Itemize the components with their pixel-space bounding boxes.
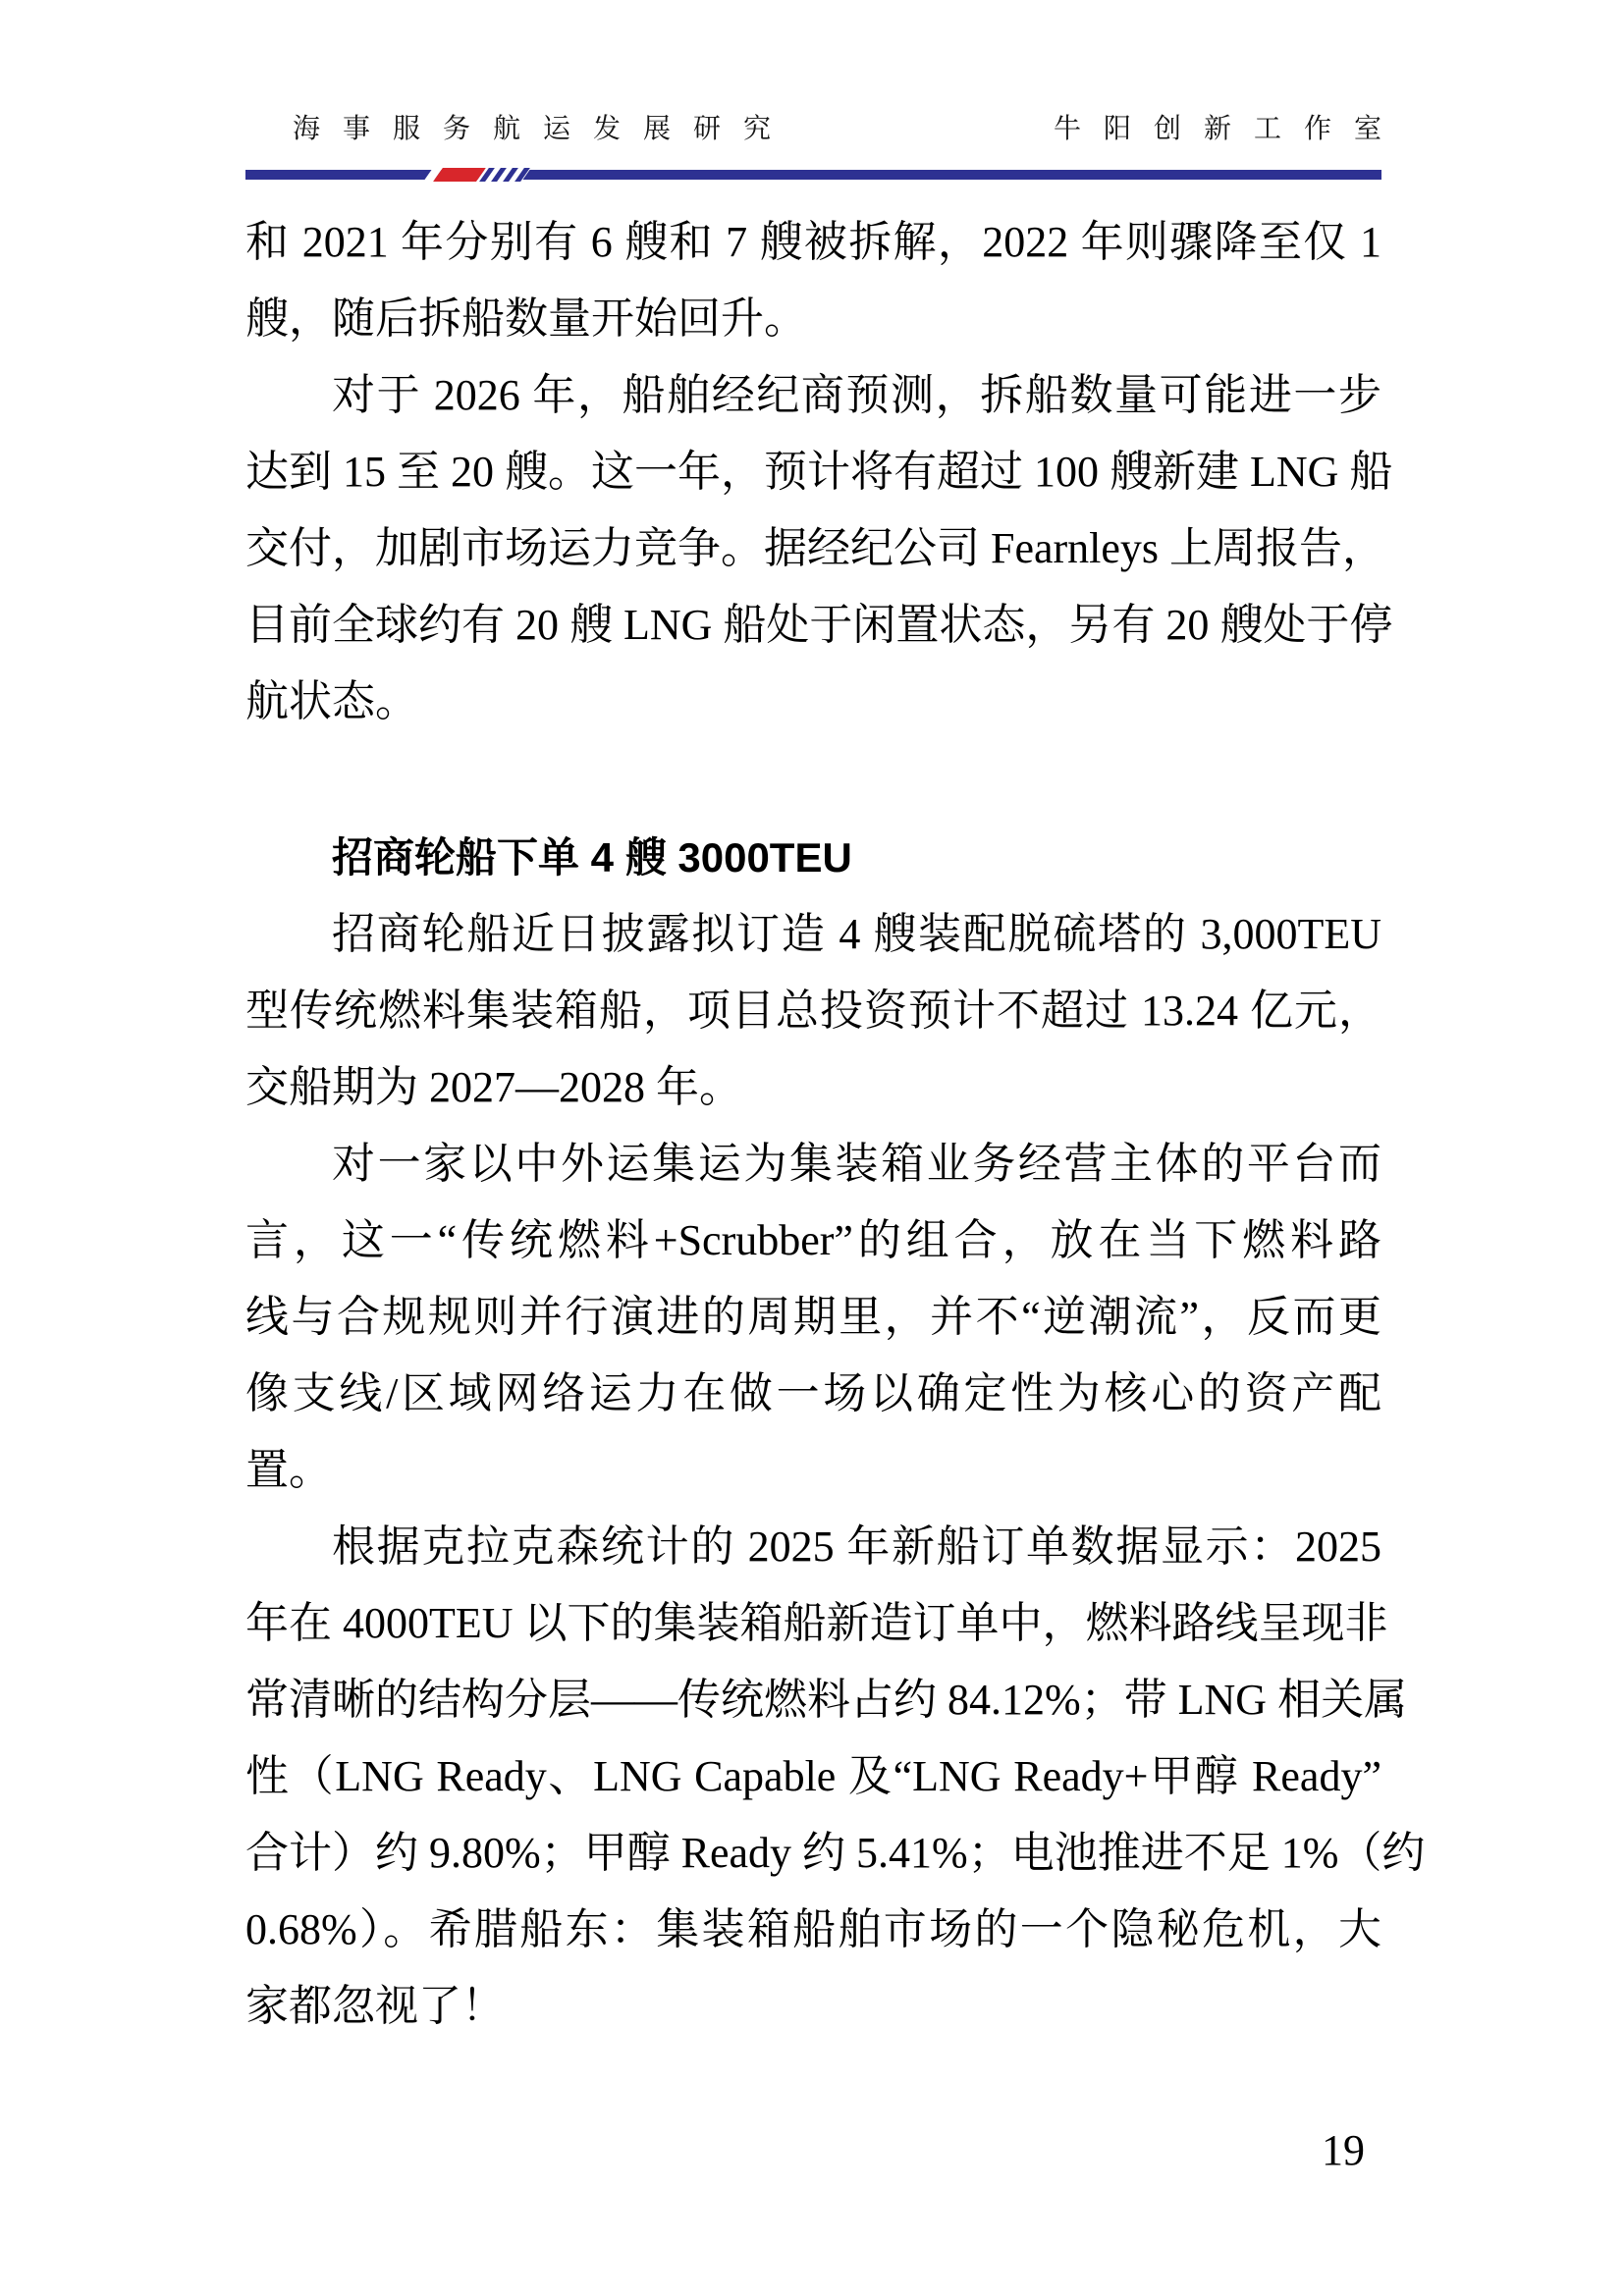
blank-spacer <box>245 740 1381 820</box>
body-line: 性（LNG Ready、LNG Capable 及“LNG Ready+甲醇 R… <box>245 1738 1381 1815</box>
body-text: 和 2021 年分别有 6 艘和 7 艘被拆解，2022 年则骤降至仅 1 艘，… <box>245 204 1381 2045</box>
body-line: 言，这一“传统燃料+Scrubber”的组合，放在当下燃料路 <box>245 1202 1381 1279</box>
header-left-title: 海事服务航运发展研究 <box>293 110 793 149</box>
body-line: 根据克拉克森统计的 2025 年新船订单数据显示：2025 <box>245 1509 1381 1585</box>
body-line: 交船期为 2027—2028 年。 <box>245 1049 1381 1126</box>
body-line: 型传统燃料集装箱船，项目总投资预计不超过 13.24 亿元， <box>245 973 1381 1049</box>
body-line: 线与合规规则并行演进的周期里，并不“逆潮流”，反而更 <box>245 1279 1381 1356</box>
page-header: 海事服务航运发展研究 牛阳创新工作室 <box>245 110 1381 149</box>
body-line: 常清晰的结构分层——传统燃料占约 84.12%；带 LNG 相关属 <box>245 1662 1381 1738</box>
body-line: 对于 2026 年，船舶经纪商预测，拆船数量可能进一步 <box>245 357 1381 434</box>
section-heading: 招商轮船下单 4 艘 3000TEU <box>245 820 1381 896</box>
body-line: 家都忽视了！ <box>245 1968 1381 2045</box>
body-line: 置。 <box>245 1432 1381 1509</box>
body-line: 交付，加剧市场运力竞争。据经纪公司 Fearnleys 上周报告， <box>245 510 1381 587</box>
body-line: 达到 15 至 20 艘。这一年，预计将有超过 100 艘新建 LNG 船 <box>245 434 1381 510</box>
body-line: 艘，随后拆船数量开始回升。 <box>245 281 1381 357</box>
document-page: 海事服务航运发展研究 牛阳创新工作室 和 2021 年分别有 6 艘和 7 艘被… <box>0 0 1624 2296</box>
body-line: 对一家以中外运集运为集装箱业务经营主体的平台而 <box>245 1126 1381 1202</box>
header-rule <box>245 170 1381 180</box>
body-line: 航状态。 <box>245 664 1381 740</box>
page-number: 19 <box>1322 2128 1365 2173</box>
body-line: 年在 4000TEU 以下的集装箱船新造订单中，燃料路线呈现非 <box>245 1585 1381 1662</box>
body-line: 目前全球约有 20 艘 LNG 船处于闲置状态，另有 20 艘处于停 <box>245 587 1381 664</box>
body-line: 和 2021 年分别有 6 艘和 7 艘被拆解，2022 年则骤降至仅 1 <box>245 204 1381 281</box>
body-line: 0.68%）。希腊船东：集装箱船舶市场的一个隐秘危机，大 <box>245 1892 1381 1968</box>
body-line: 合计）约 9.80%；甲醇 Ready 约 5.41%；电池推进不足 1%（约 <box>245 1815 1381 1892</box>
header-right-title: 牛阳创新工作室 <box>1054 110 1404 149</box>
body-line: 像支线/区域网络运力在做一场以确定性为核心的资产配 <box>245 1356 1381 1432</box>
body-line: 招商轮船近日披露拟订造 4 艘装配脱硫塔的 3,000TEU <box>245 896 1381 973</box>
